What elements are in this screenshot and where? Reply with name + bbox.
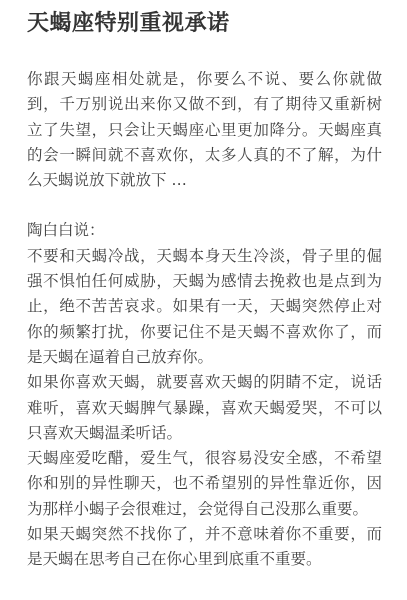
body-paragraph: 如果天蝎突然不找你了，并不意味着你不重要，而是天蝎在思考自己在你心里到底重不重要… [27, 522, 382, 573]
paragraph-spacer [27, 193, 382, 218]
body-paragraph: 如果你喜欢天蝎，就要喜欢天蝎的阴睛不定，说话难听，喜欢天蝎脾气暴躁，喜欢天蝎爱哭… [27, 370, 382, 446]
intro-paragraph: 你跟天蝎座相处就是，你要么不说、要么你就做到，千万别说出来你又做不到，有了期待又… [27, 67, 382, 193]
article-title: 天蝎座特别重视承诺 [27, 9, 230, 39]
article-body: 你跟天蝎座相处就是，你要么不说、要么你就做到，千万别说出来你又做不到，有了期待又… [27, 67, 382, 573]
speaker-label: 陶白白说： [27, 218, 382, 243]
body-paragraph: 天蝎座爱吃醋，爱生气，很容易没安全感，不希望你和别的异性聊天，也不希望别的异性靠… [27, 446, 382, 522]
body-paragraph: 不要和天蝎冷战，天蝎本身天生冷淡，骨子里的倔强不惧怕任何威胁，天蝎为感情去挽救也… [27, 244, 382, 370]
article-page: 天蝎座特别重视承诺 你跟天蝎座相处就是，你要么不说、要么你就做到，千万别说出来你… [0, 0, 407, 600]
